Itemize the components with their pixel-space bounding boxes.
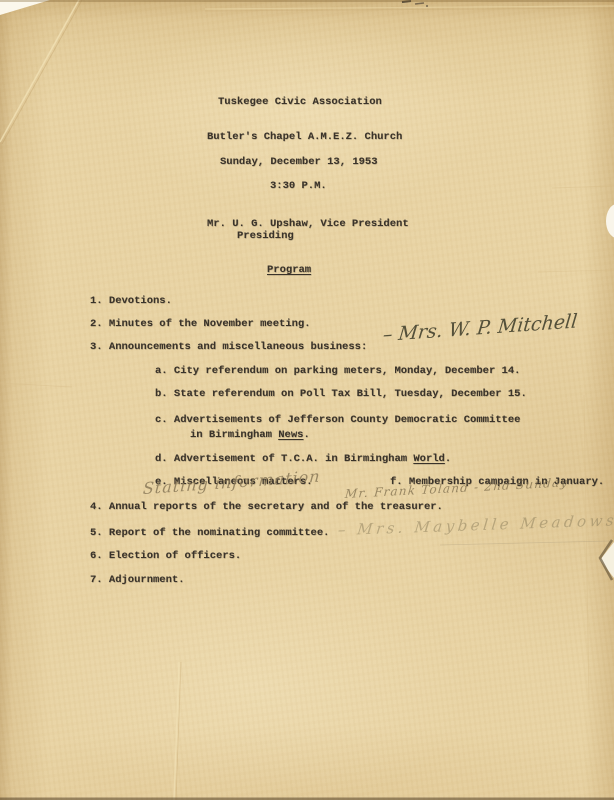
crease-top-horizontal-shadow bbox=[205, 8, 614, 11]
item-3c-suffix: . bbox=[303, 429, 309, 441]
crease-left-short bbox=[0, 383, 72, 387]
paper-artifacts-overlay bbox=[0, 0, 614, 800]
program-item-7: 7. Adjournment. bbox=[90, 574, 185, 586]
program-item-3a: a. City referendum on parking meters, Mo… bbox=[155, 365, 520, 377]
item-3d-suffix: . bbox=[445, 453, 451, 465]
item-3d-underlined-world: World bbox=[413, 453, 445, 465]
handwriting-ink-item3: – Mrs. W. P. Mitchell bbox=[382, 310, 579, 346]
header-presider: Mr. U. G. Upshaw, Vice President bbox=[207, 218, 409, 230]
crease-top-left bbox=[0, 0, 80, 142]
header-time: 3:30 P.M. bbox=[270, 180, 327, 192]
program-item-5: 5. Report of the nominating committee. bbox=[90, 527, 329, 539]
program-title: Program bbox=[267, 264, 311, 276]
ink-speck-3 bbox=[426, 5, 428, 7]
crease-right-2 bbox=[538, 270, 614, 272]
program-item-1: 1. Devotions. bbox=[90, 295, 172, 307]
crease-bottom-vertical-shadow bbox=[176, 662, 181, 800]
item-3c-prefix: in Birmingham bbox=[190, 429, 278, 441]
program-item-3: 3. Announcements and miscellaneous busin… bbox=[90, 341, 367, 353]
ink-speck-1 bbox=[402, 1, 411, 2]
item-3d-prefix: d. Advertisement of T.C.A. in Birmingham bbox=[155, 453, 413, 465]
header-presiding: Presiding bbox=[237, 230, 294, 242]
item-3c-underlined-news: News bbox=[278, 429, 303, 441]
program-item-4: 4. Annual reports of the secretary and o… bbox=[90, 501, 443, 513]
header-organization: Tuskegee Civic Association bbox=[218, 96, 382, 108]
ink-speck-2 bbox=[415, 3, 424, 4]
header-date: Sunday, December 13, 1953 bbox=[220, 156, 378, 168]
handwriting-pencil-item4: Stating information bbox=[142, 467, 321, 499]
program-item-3d: d. Advertisement of T.C.A. in Birmingham… bbox=[155, 453, 451, 465]
header-venue: Butler's Chapel A.M.E.Z. Church bbox=[207, 131, 402, 143]
torn-notch-shadow bbox=[600, 540, 612, 580]
pencil-stroke-line bbox=[440, 541, 610, 545]
crease-right-vertical bbox=[584, 395, 589, 700]
program-item-2: 2. Minutes of the November meeting. bbox=[90, 318, 311, 330]
program-item-6: 6. Election of officers. bbox=[90, 550, 241, 562]
torn-notch-right-upper bbox=[606, 204, 614, 238]
torn-corner-top-left bbox=[0, 0, 50, 15]
scanned-document-page: Tuskegee Civic Association Butler's Chap… bbox=[0, 0, 614, 800]
program-item-3b: b. State referendum on Poll Tax Bill, Tu… bbox=[155, 388, 527, 400]
scan-edge-top bbox=[0, 0, 614, 2]
handwriting-pencil-item5: – Mrs. Maybelle Meadows bbox=[337, 511, 614, 539]
crease-bottom-vertical bbox=[174, 662, 179, 800]
crease-top-horizontal bbox=[205, 6, 614, 9]
crease-right-1 bbox=[552, 186, 614, 188]
program-item-3c-line1: c. Advertisements of Jefferson County De… bbox=[155, 414, 520, 426]
crease-top-left-shadow bbox=[2, 0, 82, 144]
program-item-3c-line2: in Birmingham News. bbox=[190, 429, 310, 441]
torn-notch-right-lower bbox=[600, 542, 614, 578]
